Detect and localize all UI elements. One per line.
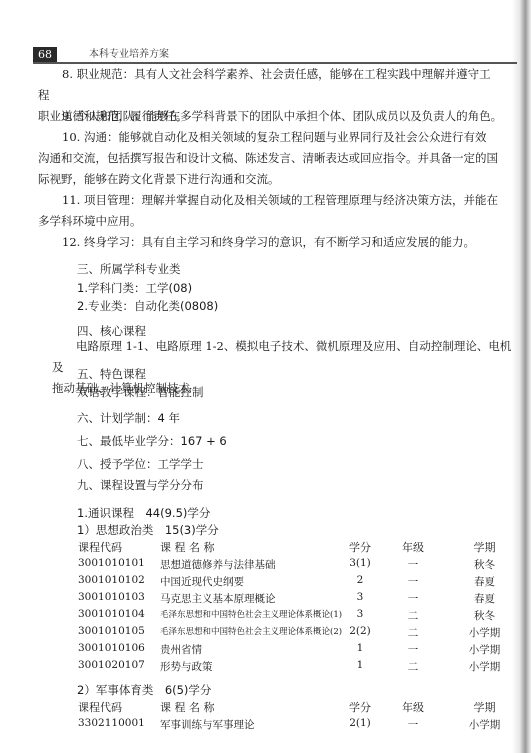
section-3-item-1: 1.学科门类：工学(08): [77, 280, 192, 296]
group-1-title: 1）思想政治类 15(3)学分: [77, 522, 219, 538]
table-row: 3001010103 马克思主义基本原理概论 3 一 春夏: [0, 591, 531, 608]
requirement-12-line: 12. 终身学习：具有自主学习和终身学习的意识，有不断学习和适应发展的能力。: [38, 232, 508, 253]
table-row: 3001010101 思想道德修养与法律基础 3(1) 一 秋冬: [0, 557, 531, 574]
table-row: 3302110001 军事训练与军事理论 2(1) 一 小学期: [0, 717, 531, 734]
section-8: 八、授予学位：工学学士: [77, 456, 204, 472]
running-title: 本科专业培养方案: [89, 47, 169, 62]
requirement-10: 10. 沟通：能够就自动化及相关领域的复杂工程问题与业界同行及社会公众进行有效 …: [38, 127, 508, 190]
col-code: 课程代码: [78, 539, 122, 555]
table-row: 3001020107 形势与政策 1 二 小学期: [0, 659, 531, 676]
table-row: 3001010102 中国近现代史纲要 2 一 春夏: [0, 574, 531, 591]
col-name: 课 程 名 称: [160, 539, 215, 555]
section-9-title: 九、课程设置与学分分布: [77, 477, 204, 493]
page-header: 68 本科专业培养方案: [33, 47, 517, 64]
requirement-11: 11. 项目管理：理解并掌握自动化及相关领域的工程管理原理与经济决策方法，并能在…: [38, 190, 508, 232]
table-header: 课程代码 课 程 名 称 学分 年级 学期: [0, 699, 531, 716]
col-term: 学期: [462, 539, 507, 555]
table-row: 3001010104 毛泽东思想和中国特色社会主义理论体系概论(1) 3 二 秋…: [0, 608, 531, 625]
group-2-title: 2）军事体育类 6(5)学分: [77, 682, 211, 698]
col-year: 年级: [393, 539, 433, 555]
section-5-title: 五、特色课程: [77, 366, 146, 382]
section-5-content: 双语教学课程：智能控制: [77, 384, 204, 400]
section-3-item-2: 2.专业类：自动化类(0808): [77, 298, 218, 314]
section-3-title-text: 三、所属学科专业类: [77, 261, 181, 277]
general-courses-heading: 1.通识课程 44(9.5)学分: [77, 505, 210, 521]
col-credit: 学分: [340, 539, 380, 555]
section-6: 六、计划学制：4 年: [77, 410, 180, 426]
table-row: 3001010105 毛泽东思想和中国特色社会主义理论体系概论(2) 2(2) …: [0, 625, 531, 642]
page-number: 68: [33, 47, 57, 62]
requirement-9: 9. 个人和团队：能够在多学科背景下的团队中承担个体、团队成员以及负责人的角色。: [38, 106, 508, 127]
table-row: 3001010106 贵州省情 1 一 小学期: [0, 642, 531, 659]
section-7: 七、最低毕业学分：167 + 6: [77, 433, 227, 449]
table-header: 课程代码 课 程 名 称 学分 年级 学期: [0, 539, 531, 556]
